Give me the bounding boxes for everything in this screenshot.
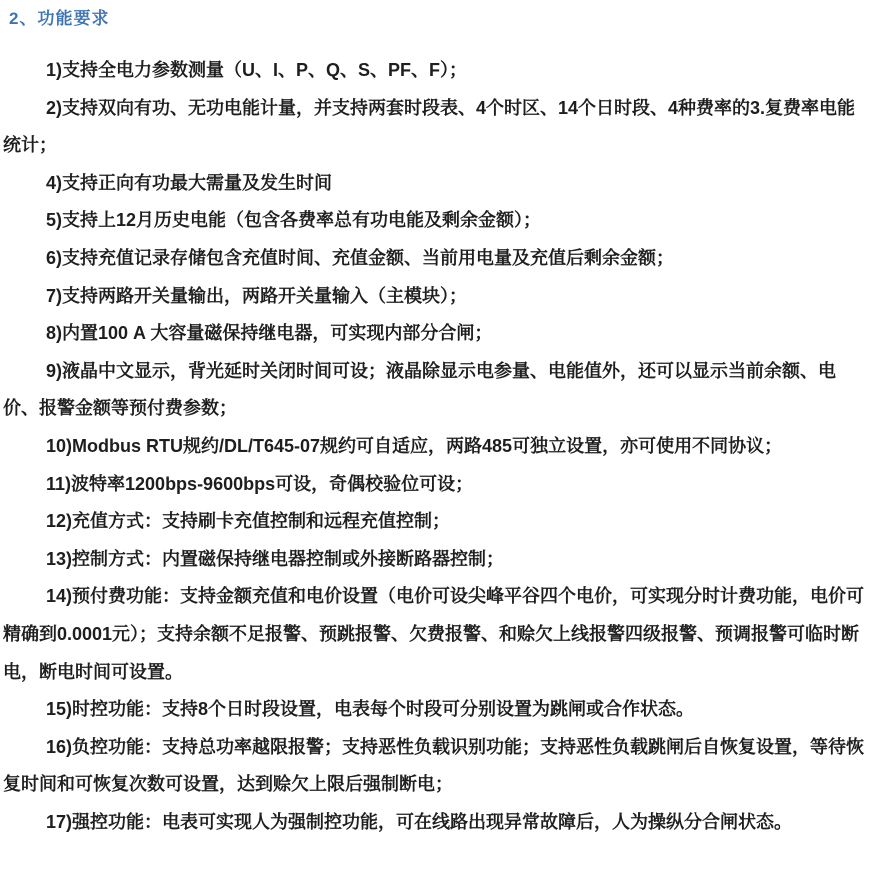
document-page: 2、功能要求 1)支持全电力参数测量（U、I、P、Q、S、PF、F）；2)支持双… — [0, 0, 892, 879]
requirement-paragraph: 13)控制方式：内置磁保持继电器控制或外接断路器控制； — [3, 541, 866, 579]
requirement-paragraph: 17)强控功能：电表可实现人为强制控功能，可在线路出现异常故障后，人为操纵分合闸… — [3, 804, 866, 842]
requirement-paragraph: 10)Modbus RTU规约/DL/T645-07规约可自适应，两路485可独… — [3, 428, 866, 466]
requirement-paragraph: 12)充值方式：支持刷卡充值控制和远程充值控制； — [3, 503, 866, 541]
requirement-paragraph: 2)支持双向有功、无功电能计量，并支持两套时段表、4个时区、14个日时段、4种费… — [3, 90, 866, 165]
requirement-paragraph: 4)支持正向有功最大需量及发生时间 — [3, 165, 866, 203]
requirement-paragraph: 6)支持充值记录存储包含充值时间、充值金额、当前用电量及充值后剩余金额； — [3, 240, 866, 278]
requirement-paragraph: 9)液晶中文显示，背光延时关闭时间可设；液晶除显示电参量、电能值外，还可以显示当… — [3, 353, 866, 428]
section-heading: 2、功能要求 — [9, 8, 866, 30]
requirement-paragraph: 8)内置100 A 大容量磁保持继电器，可实现内部分合闸； — [3, 315, 866, 353]
requirement-paragraph: 16)负控功能：支持总功率越限报警；支持恶性负载识别功能；支持恶性负载跳闸后自恢… — [3, 729, 866, 804]
requirement-paragraph: 15)时控功能：支持8个日时段设置，电表每个时段可分别设置为跳闸或合作状态。 — [3, 691, 866, 729]
requirement-paragraph: 7)支持两路开关量输出，两路开关量输入（主模块）； — [3, 278, 866, 316]
requirement-paragraph: 11)波特率1200bps-9600bps可设，奇偶校验位可设； — [3, 466, 866, 504]
requirement-paragraph: 5)支持上12月历史电能（包含各费率总有功电能及剩余金额）； — [3, 202, 866, 240]
requirement-paragraph: 14)预付费功能：支持金额充值和电价设置（电价可设尖峰平谷四个电价，可实现分时计… — [3, 578, 866, 691]
requirements-list: 1)支持全电力参数测量（U、I、P、Q、S、PF、F）；2)支持双向有功、无功电… — [3, 52, 866, 841]
requirement-paragraph: 1)支持全电力参数测量（U、I、P、Q、S、PF、F）； — [3, 52, 866, 90]
